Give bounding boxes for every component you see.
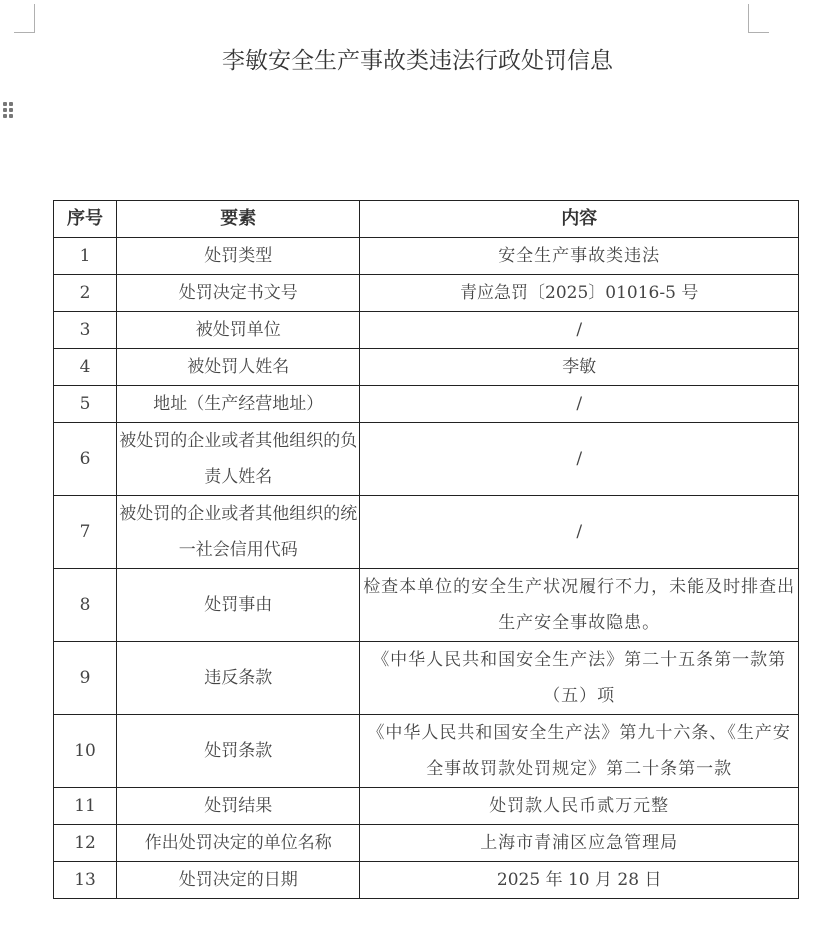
table-row: 1 处罚类型 安全生产事故类违法 bbox=[54, 238, 799, 275]
row-no: 7 bbox=[54, 496, 117, 569]
row-no: 8 bbox=[54, 569, 117, 642]
row-item: 被处罚的企业或者其他组织的负责人姓名 bbox=[117, 423, 360, 496]
table-row: 7 被处罚的企业或者其他组织的统一社会信用代码 / bbox=[54, 496, 799, 569]
table-header-row: 序号 要素 内容 bbox=[54, 201, 799, 238]
row-content: / bbox=[360, 423, 799, 496]
row-content: 《中华人民共和国安全生产法》第二十五条第一款第（五）项 bbox=[360, 642, 799, 715]
row-no: 10 bbox=[54, 715, 117, 788]
table-row: 6 被处罚的企业或者其他组织的负责人姓名 / bbox=[54, 423, 799, 496]
table-row: 13 处罚决定的日期 2025 年 10 月 28 日 bbox=[54, 862, 799, 899]
row-content: 2025 年 10 月 28 日 bbox=[360, 862, 799, 899]
row-item: 被处罚单位 bbox=[117, 312, 360, 349]
row-item: 处罚条款 bbox=[117, 715, 360, 788]
row-item: 违反条款 bbox=[117, 642, 360, 715]
row-no: 3 bbox=[54, 312, 117, 349]
row-no: 4 bbox=[54, 349, 117, 386]
row-content: 上海市青浦区应急管理局 bbox=[360, 825, 799, 862]
row-content: / bbox=[360, 386, 799, 423]
table-row: 4 被处罚人姓名 李敏 bbox=[54, 349, 799, 386]
row-content: 青应急罚〔2025〕01016-5 号 bbox=[360, 275, 799, 312]
row-content: / bbox=[360, 496, 799, 569]
header-item: 要素 bbox=[117, 201, 360, 238]
row-content: / bbox=[360, 312, 799, 349]
table-row: 5 地址（生产经营地址） / bbox=[54, 386, 799, 423]
row-no: 9 bbox=[54, 642, 117, 715]
row-item: 地址（生产经营地址） bbox=[117, 386, 360, 423]
table-row: 3 被处罚单位 / bbox=[54, 312, 799, 349]
row-content: 处罚款人民币贰万元整 bbox=[360, 788, 799, 825]
row-content: 安全生产事故类违法 bbox=[360, 238, 799, 275]
row-no: 11 bbox=[54, 788, 117, 825]
penalty-info-table: 序号 要素 内容 1 处罚类型 安全生产事故类违法 2 处罚决定书文号 青应急罚… bbox=[53, 200, 799, 899]
header-no: 序号 bbox=[54, 201, 117, 238]
row-no: 2 bbox=[54, 275, 117, 312]
page-corner-mark-top-right bbox=[748, 4, 769, 33]
row-content: 《中华人民共和国安全生产法》第九十六条、《生产安全事故罚款处罚规定》第二十条第一… bbox=[360, 715, 799, 788]
row-item: 处罚决定书文号 bbox=[117, 275, 360, 312]
row-item: 处罚结果 bbox=[117, 788, 360, 825]
row-item: 处罚类型 bbox=[117, 238, 360, 275]
table-row: 9 违反条款 《中华人民共和国安全生产法》第二十五条第一款第（五）项 bbox=[54, 642, 799, 715]
row-item: 处罚事由 bbox=[117, 569, 360, 642]
table-row: 11 处罚结果 处罚款人民币贰万元整 bbox=[54, 788, 799, 825]
row-item: 被处罚人姓名 bbox=[117, 349, 360, 386]
row-no: 6 bbox=[54, 423, 117, 496]
table-row: 10 处罚条款 《中华人民共和国安全生产法》第九十六条、《生产安全事故罚款处罚规… bbox=[54, 715, 799, 788]
row-content: 检查本单位的安全生产状况履行不力，未能及时排查出生产安全事故隐患。 bbox=[360, 569, 799, 642]
table-move-handle-icon[interactable] bbox=[3, 102, 15, 120]
row-item: 处罚决定的日期 bbox=[117, 862, 360, 899]
row-item: 作出处罚决定的单位名称 bbox=[117, 825, 360, 862]
page-corner-mark-top-left bbox=[14, 4, 35, 33]
row-no: 13 bbox=[54, 862, 117, 899]
row-no: 12 bbox=[54, 825, 117, 862]
row-no: 5 bbox=[54, 386, 117, 423]
table-row: 12 作出处罚决定的单位名称 上海市青浦区应急管理局 bbox=[54, 825, 799, 862]
header-content: 内容 bbox=[360, 201, 799, 238]
row-no: 1 bbox=[54, 238, 117, 275]
table-row: 8 处罚事由 检查本单位的安全生产状况履行不力，未能及时排查出生产安全事故隐患。 bbox=[54, 569, 799, 642]
document-title: 李敏安全生产事故类违法行政处罚信息 bbox=[0, 42, 835, 75]
row-item: 被处罚的企业或者其他组织的统一社会信用代码 bbox=[117, 496, 360, 569]
table-row: 2 处罚决定书文号 青应急罚〔2025〕01016-5 号 bbox=[54, 275, 799, 312]
row-content: 李敏 bbox=[360, 349, 799, 386]
